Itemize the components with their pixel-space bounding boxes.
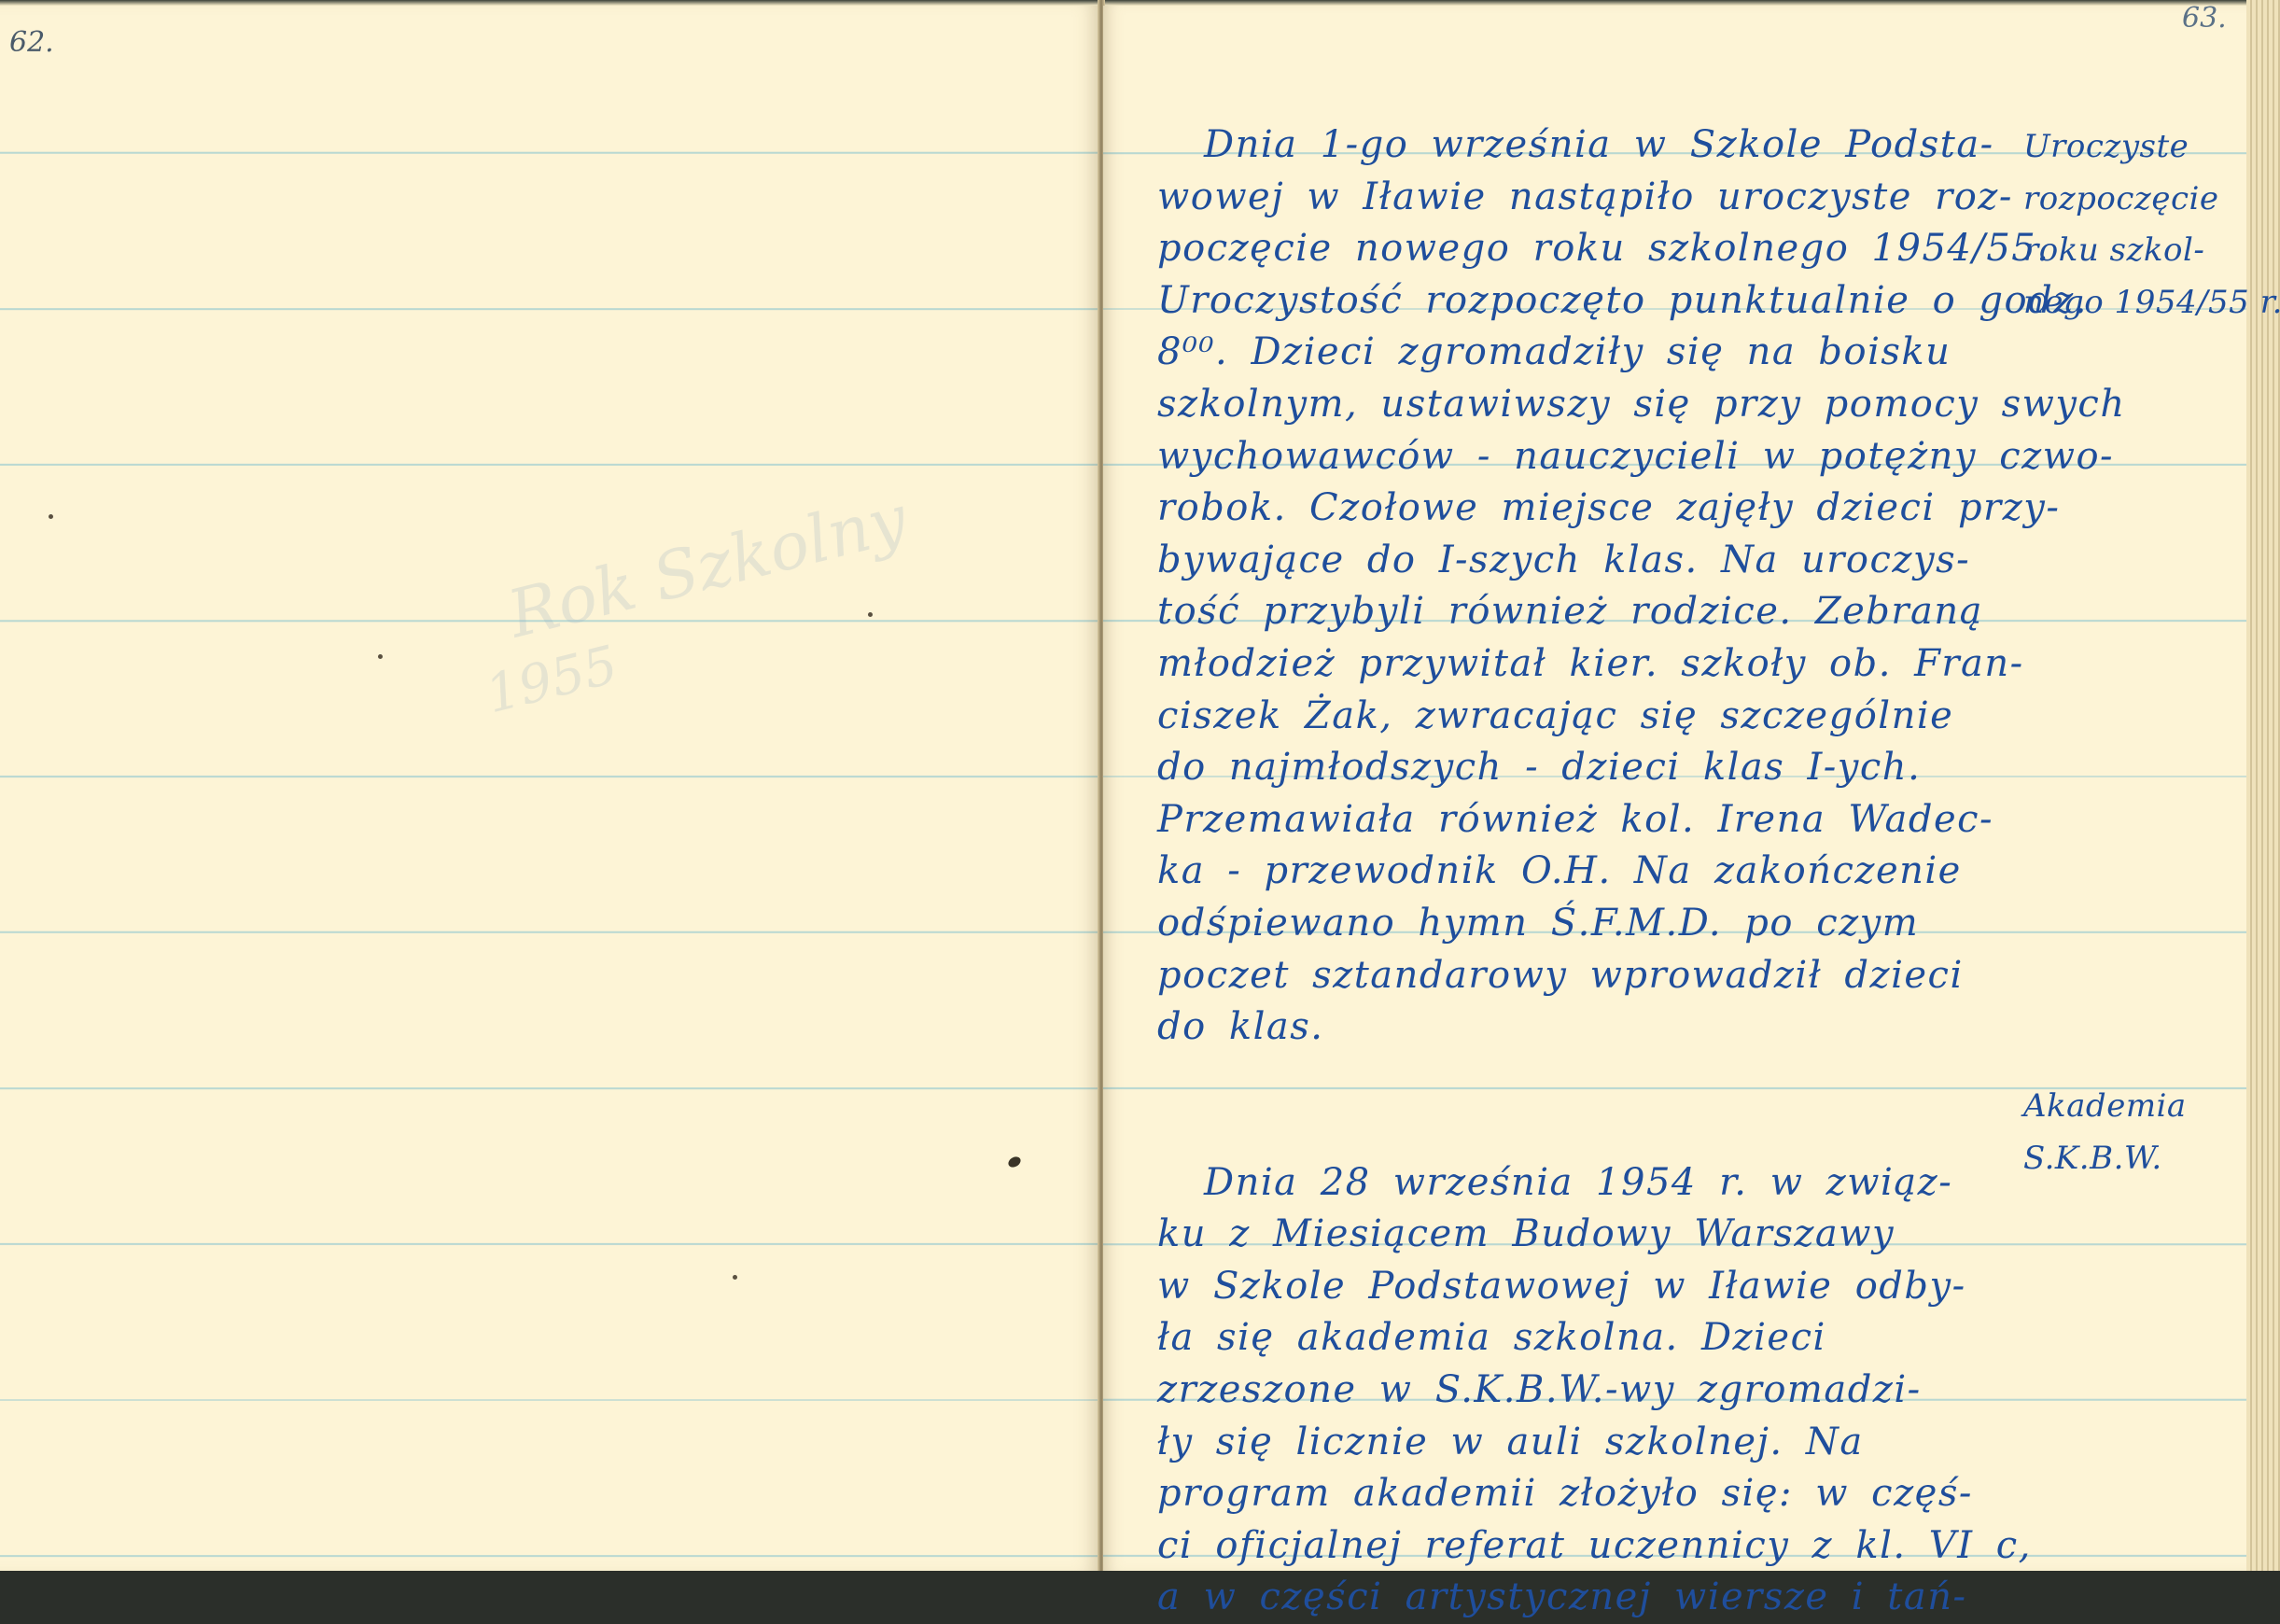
margin-line: S.K.B.W.: [2023, 1133, 2247, 1185]
bleed-through-text: Rok Szkolny: [501, 480, 915, 652]
margin-line: rozpoczęcie: [2023, 174, 2247, 226]
text-line: Dnia 1-go września w Szkole Podsta-: [1157, 119, 2016, 172]
paper-speck: [868, 612, 873, 617]
paper-speck: [378, 654, 383, 659]
text-line: wowej w Iławie nastąpiło uroczyste roz-: [1157, 172, 2016, 224]
paper-speck: [733, 1275, 737, 1280]
entry-spacer: [1157, 1054, 2016, 1157]
page-stack-edge: [2246, 0, 2280, 1571]
text-line: ciszek Żak, zwracając się szczególnie: [1157, 691, 2016, 743]
text-line: ci oficjalnej referat uczennicy z kl. VI…: [1157, 1520, 2016, 1571]
text-line: tość przybyli również rodzice. Zebraną: [1157, 586, 2016, 638]
margin-line: roku szkol-: [2023, 225, 2247, 277]
text-line: do najmłodszych - dzieci klas I-ych.: [1157, 742, 2016, 794]
text-line: zrzeszone w S.K.B.W.-wy zgromadzi-: [1157, 1365, 2016, 1417]
text-line: wychowawców - nauczycieli w potężny czwo…: [1157, 431, 2016, 483]
notebook-spread: Rok Szkolny 1955 62. 63. Dnia 1-go wrześ…: [0, 0, 2280, 1571]
text-line: Dnia 28 września 1954 r. w związ-: [1157, 1157, 2016, 1210]
handwritten-body: Dnia 1-go września w Szkole Podsta- wowe…: [1157, 119, 2016, 1571]
text-line: odśpiewano hymn Ś.F.M.D. po czym: [1157, 898, 2016, 950]
text-line: ku z Miesiącem Budowy Warszawy: [1157, 1209, 2016, 1261]
text-line: młodzież przywitał kier. szkoły ob. Fran…: [1157, 638, 2016, 691]
text-line: Przemawiała również kol. Irena Wadec-: [1157, 794, 2016, 847]
text-line: ły się licznie w auli szkolnej. Na: [1157, 1417, 2016, 1469]
margin-heading-akademia: Akademia S.K.B.W.: [2023, 1081, 2247, 1184]
text-line: w Szkole Podstawowej w Iławie odby-: [1157, 1261, 2016, 1313]
text-line: szkolnym, ustawiwszy się przy pomocy swy…: [1157, 379, 2016, 431]
page-number-left: 62.: [9, 26, 54, 59]
text-line: ka - przewodnik O.H. Na zakończenie: [1157, 846, 2016, 898]
text-line: do klas.: [1157, 1001, 2016, 1054]
margin-line: Akademia: [2023, 1081, 2247, 1133]
left-page: Rok Szkolny 1955: [0, 6, 1099, 1571]
paper-speck: [49, 514, 53, 519]
margin-line: nego 1954/55 r.: [2023, 277, 2247, 329]
page-number-right: 63.: [2182, 2, 2227, 35]
text-line: poczęcie nowego roku szkolnego 1954/55.: [1157, 223, 2016, 275]
text-line: bywające do I-szych klas. Na uroczys-: [1157, 535, 2016, 587]
text-line: poczet sztandarowy wprowadził dzieci: [1157, 950, 2016, 1002]
margin-heading-school-year-opening: Uroczyste rozpoczęcie roku szkol- nego 1…: [2023, 121, 2247, 329]
text-line: Uroczystość rozpoczęto punktualnie o god…: [1157, 275, 2016, 328]
text-line: ła się akademia szkolna. Dzieci: [1157, 1312, 2016, 1365]
text-line: robok. Czołowe miejsce zajęły dzieci prz…: [1157, 483, 2016, 535]
bleed-through-text: 1955: [480, 635, 623, 726]
text-line: program akademii złożyło się: w częś-: [1157, 1468, 2016, 1520]
text-line: 8⁰⁰. Dzieci zgromadziły się na boisku: [1157, 327, 2016, 379]
margin-line: Uroczyste: [2023, 121, 2247, 174]
